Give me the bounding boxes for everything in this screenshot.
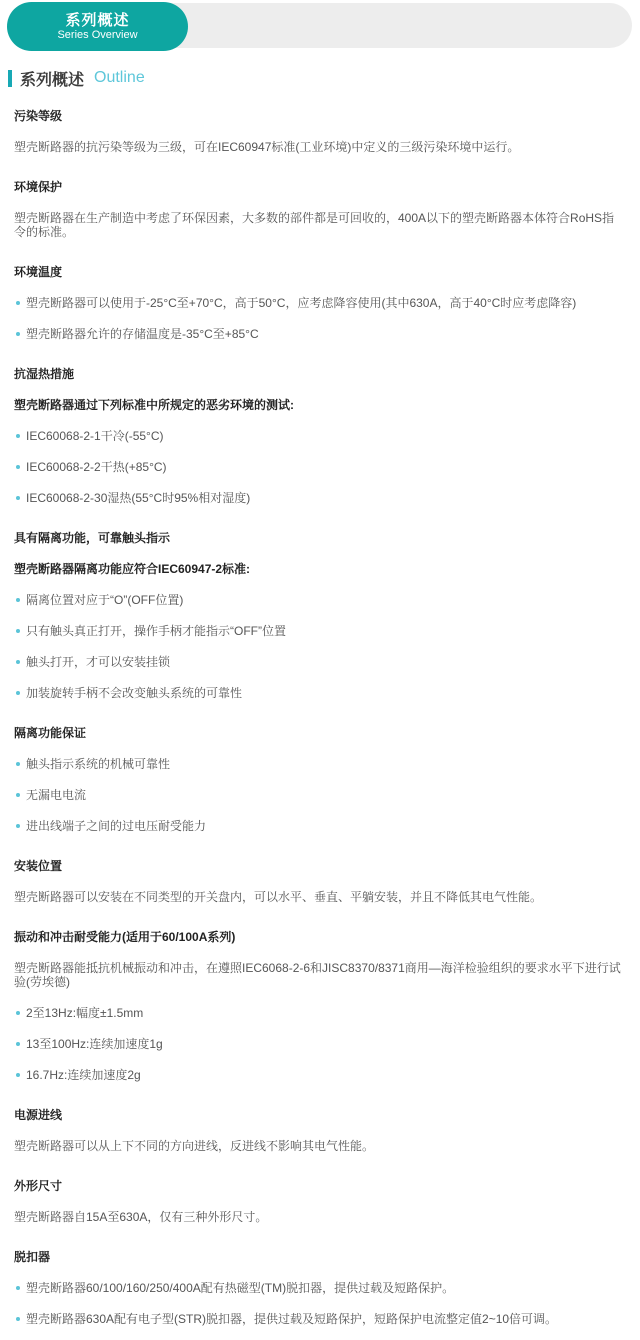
section: 振动和冲击耐受能力(适用于60/100A系列)塑壳断路器能抵抗机械振动和冲击，在… (14, 930, 626, 1082)
bullet-text: 塑壳断路器允许的存储温度是-35°C至+85°C (26, 327, 259, 341)
bullet-icon (16, 496, 20, 500)
section-title: 振动和冲击耐受能力(适用于60/100A系列) (14, 930, 626, 944)
bullet-text: 2至13Hz:幅度±1.5mm (26, 1006, 143, 1020)
section-subheading: 塑壳断路器通过下列标准中所规定的恶劣环境的测试: (14, 398, 626, 412)
bullet-icon (16, 1073, 20, 1077)
section: 污染等级塑壳断路器的抗污染等级为三级，可在IEC60947标准(工业环境)中定义… (14, 109, 626, 154)
bullet-item: 触头打开，才可以安装挂锁 (14, 655, 626, 669)
section-title: 脱扣器 (14, 1250, 626, 1264)
bullet-icon (16, 598, 20, 602)
bullet-item: 2至13Hz:幅度±1.5mm (14, 1006, 626, 1020)
bullet-icon (16, 691, 20, 695)
section-title: 具有隔离功能，可靠触头指示 (14, 531, 626, 545)
bullet-item: IEC60068-2-1干冷(-55°C) (14, 429, 626, 443)
bullet-icon (16, 332, 20, 336)
section-title: 隔离功能保证 (14, 726, 626, 740)
section: 抗湿热措施塑壳断路器通过下列标准中所规定的恶劣环境的测试:IEC60068-2-… (14, 367, 626, 505)
page-header: 系列概述 Series Overview (0, 0, 640, 51)
bullet-item: 进出线端子之间的过电压耐受能力 (14, 819, 626, 833)
page-title: 系列概述 Outline (8, 68, 626, 88)
bullet-item: 加装旋转手柄不会改变触头系统的可靠性 (14, 686, 626, 700)
bullet-item: 塑壳断路器60/100/160/250/400A配有热磁型(TM)脱扣器，提供过… (14, 1281, 626, 1295)
page-title-en: Outline (94, 69, 145, 87)
section-paragraph: 塑壳断路器的抗污染等级为三级，可在IEC60947标准(工业环境)中定义的三级污… (14, 140, 626, 154)
series-overview-badge[interactable]: 系列概述 Series Overview (7, 2, 188, 51)
bullet-text: 16.7Hz:连续加速度2g (26, 1068, 141, 1082)
bullet-item: 隔离位置对应于“O”(OFF位置) (14, 593, 626, 607)
bullet-text: IEC60068-2-30湿热(55°C时95%相对湿度) (26, 491, 250, 505)
section-title: 环境温度 (14, 265, 626, 279)
bullet-text: 塑壳断路器630A配有电子型(STR)脱扣器，提供过载及短路保护，短路保护电流整… (26, 1312, 557, 1326)
bullet-icon (16, 465, 20, 469)
section: 具有隔离功能，可靠触头指示塑壳断路器隔离功能应符合IEC60947-2标准:隔离… (14, 531, 626, 700)
bullet-icon (16, 660, 20, 664)
bullet-list: 塑壳断路器可以使用于-25°C至+70°C，高于50°C，应考虑降容使用(其中6… (14, 296, 626, 341)
section: 脱扣器塑壳断路器60/100/160/250/400A配有热磁型(TM)脱扣器，… (14, 1250, 626, 1326)
bullet-list: 2至13Hz:幅度±1.5mm13至100Hz:连续加速度1g16.7Hz:连续… (14, 1006, 626, 1082)
bullet-text: IEC60068-2-1干冷(-55°C) (26, 429, 164, 443)
bullet-text: 加装旋转手柄不会改变触头系统的可靠性 (26, 686, 242, 700)
bullet-list: 隔离位置对应于“O”(OFF位置)只有触头真正打开，操作手柄才能指示“OFF”位… (14, 593, 626, 700)
section: 电源进线塑壳断路器可以从上下不同的方向进线，反进线不影响其电气性能。 (14, 1108, 626, 1153)
bullet-icon (16, 1286, 20, 1290)
bullet-text: 进出线端子之间的过电压耐受能力 (26, 819, 206, 833)
page-title-zh: 系列概述 (20, 67, 84, 90)
bullet-text: 塑壳断路器可以使用于-25°C至+70°C，高于50°C，应考虑降容使用(其中6… (26, 296, 576, 310)
bullet-text: 13至100Hz:连续加速度1g (26, 1037, 163, 1051)
bullet-text: 隔离位置对应于“O”(OFF位置) (26, 593, 183, 607)
section-paragraph: 塑壳断路器能抵抗机械振动和冲击，在遵照IEC6068-2-6和JISC8370/… (14, 961, 626, 989)
bullet-list: 塑壳断路器60/100/160/250/400A配有热磁型(TM)脱扣器，提供过… (14, 1281, 626, 1326)
bullet-item: 13至100Hz:连续加速度1g (14, 1037, 626, 1051)
section: 外形尺寸塑壳断路器自15A至630A，仅有三种外形尺寸。 (14, 1179, 626, 1224)
bullet-icon (16, 301, 20, 305)
bullet-icon (16, 434, 20, 438)
bullet-item: 触头指示系统的机械可靠性 (14, 757, 626, 771)
section-title: 环境保护 (14, 180, 626, 194)
section-title: 外形尺寸 (14, 1179, 626, 1193)
bullet-icon (16, 629, 20, 633)
bullet-icon (16, 824, 20, 828)
bullet-text: 触头打开，才可以安装挂锁 (26, 655, 170, 669)
bullet-icon (16, 1317, 20, 1321)
section-paragraph: 塑壳断路器自15A至630A，仅有三种外形尺寸。 (14, 1210, 626, 1224)
bullet-item: 16.7Hz:连续加速度2g (14, 1068, 626, 1082)
section-subheading: 塑壳断路器隔离功能应符合IEC60947-2标准: (14, 562, 626, 576)
section-paragraph: 塑壳断路器可以安装在不同类型的开关盘内，可以水平、垂直、平躺安装，并且不降低其电… (14, 890, 626, 904)
bullet-text: 塑壳断路器60/100/160/250/400A配有热磁型(TM)脱扣器，提供过… (26, 1281, 454, 1295)
section: 环境温度塑壳断路器可以使用于-25°C至+70°C，高于50°C，应考虑降容使用… (14, 265, 626, 341)
document-body: 污染等级塑壳断路器的抗污染等级为三级，可在IEC60947标准(工业环境)中定义… (0, 88, 640, 1340)
section-paragraph: 塑壳断路器在生产制造中考虑了环保因素，大多数的部件都是可回收的，400A以下的塑… (14, 211, 626, 239)
section-title: 安装位置 (14, 859, 626, 873)
bullet-text: IEC60068-2-2干热(+85°C) (26, 460, 167, 474)
section: 隔离功能保证触头指示系统的机械可靠性无漏电电流进出线端子之间的过电压耐受能力 (14, 726, 626, 833)
section: 环境保护塑壳断路器在生产制造中考虑了环保因素，大多数的部件都是可回收的，400A… (14, 180, 626, 239)
title-accent-bar (8, 70, 12, 87)
bullet-item: IEC60068-2-30湿热(55°C时95%相对湿度) (14, 491, 626, 505)
section: 安装位置塑壳断路器可以安装在不同类型的开关盘内，可以水平、垂直、平躺安装，并且不… (14, 859, 626, 904)
bullet-text: 无漏电电流 (26, 788, 86, 802)
bullet-list: IEC60068-2-1干冷(-55°C)IEC60068-2-2干热(+85°… (14, 429, 626, 505)
bullet-item: IEC60068-2-2干热(+85°C) (14, 460, 626, 474)
bullet-icon (16, 1011, 20, 1015)
section-paragraph: 塑壳断路器可以从上下不同的方向进线，反进线不影响其电气性能。 (14, 1139, 626, 1153)
bullet-item: 无漏电电流 (14, 788, 626, 802)
bullet-item: 塑壳断路器可以使用于-25°C至+70°C，高于50°C，应考虑降容使用(其中6… (14, 296, 626, 310)
bullet-item: 塑壳断路器允许的存储温度是-35°C至+85°C (14, 327, 626, 341)
bullet-list: 触头指示系统的机械可靠性无漏电电流进出线端子之间的过电压耐受能力 (14, 757, 626, 833)
bullet-text: 只有触头真正打开，操作手柄才能指示“OFF”位置 (26, 624, 286, 638)
bullet-icon (16, 793, 20, 797)
bullet-icon (16, 762, 20, 766)
bullet-item: 只有触头真正打开，操作手柄才能指示“OFF”位置 (14, 624, 626, 638)
bullet-text: 触头指示系统的机械可靠性 (26, 757, 170, 771)
bullet-icon (16, 1042, 20, 1046)
bullet-item: 塑壳断路器630A配有电子型(STR)脱扣器，提供过载及短路保护，短路保护电流整… (14, 1312, 626, 1326)
badge-title-en: Series Overview (57, 29, 137, 42)
section-title: 电源进线 (14, 1108, 626, 1122)
section-title: 污染等级 (14, 109, 626, 123)
section-title: 抗湿热措施 (14, 367, 626, 381)
badge-title-zh: 系列概述 (65, 12, 129, 29)
